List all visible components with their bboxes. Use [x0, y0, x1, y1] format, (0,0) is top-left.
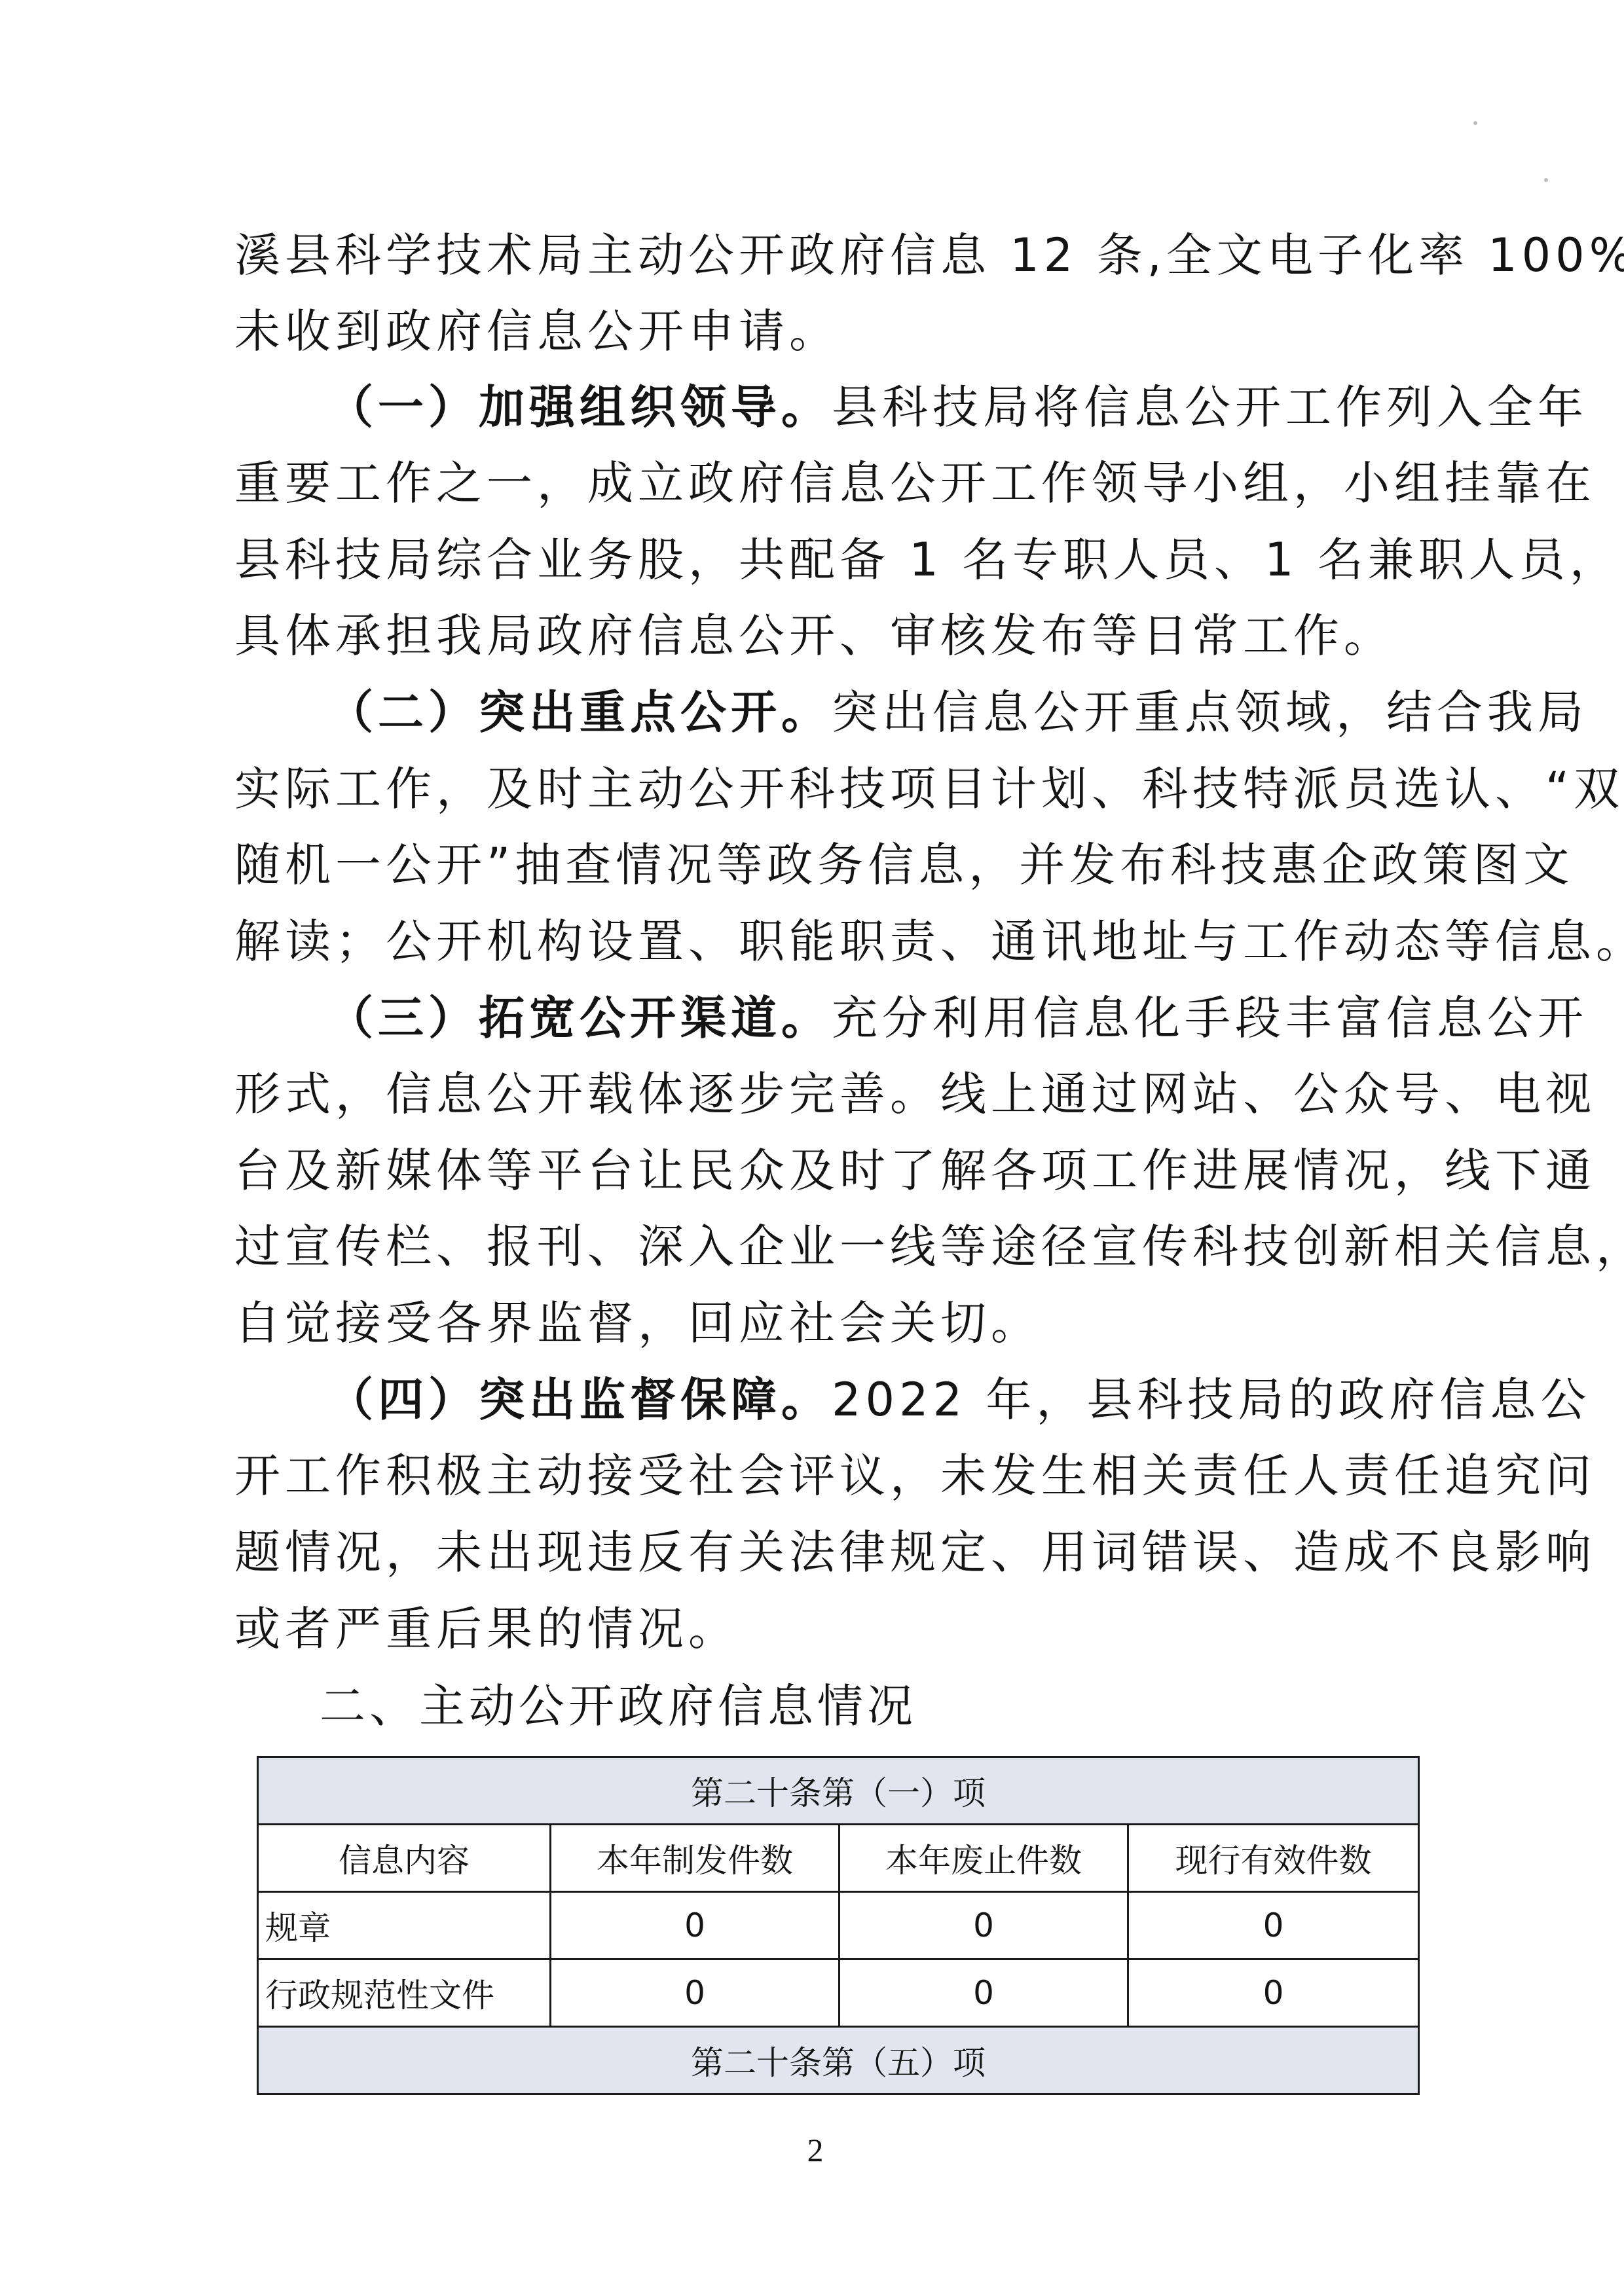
paragraph-3-lead: （三）拓宽公开渠道。	[327, 991, 832, 1045]
body-text: 充分利用信息化手段丰富信息公开	[832, 991, 1588, 1045]
body-line: 重要工作之一，成立政府信息公开工作领导小组，小组挂靠在	[234, 445, 1393, 522]
page-number: 2	[786, 2131, 845, 2169]
body-line: 或者严重后果的情况。	[234, 1591, 1393, 1667]
scan-speck	[1473, 121, 1477, 125]
cell-value: 0	[840, 1892, 1128, 1959]
row-label: 行政规范性文件	[258, 1959, 551, 2027]
section-1-title: 第二十条第（一）项	[258, 1757, 1419, 1825]
body-text: 2022 年，县科技局的政府信息公	[832, 1373, 1591, 1427]
body-line: 溪县科学技术局主动公开政府信息 12 条,全文电子化率 100%,	[234, 217, 1393, 294]
cell-value: 0	[1128, 1892, 1419, 1959]
scan-speck	[1544, 178, 1548, 182]
paragraph-1-first-line: （一）加强组织领导。县科技局将信息公开工作列入全年	[327, 369, 1393, 446]
row-label: 规章	[258, 1892, 551, 1959]
table-row: 规章 0 0 0	[258, 1892, 1419, 1959]
body-line: 题情况，未出现违反有关法律规定、用词错误、造成不良影响	[234, 1514, 1393, 1591]
column-header: 本年制发件数	[551, 1825, 840, 1892]
document-page: 溪县科学技术局主动公开政府信息 12 条,全文电子化率 100%, 未收到政府信…	[0, 0, 1624, 2296]
body-line: 未收到政府信息公开申请。	[234, 293, 1393, 370]
body-line: 过宣传栏、报刊、深入企业一线等途径宣传科技创新相关信息，	[234, 1209, 1393, 1285]
body-line: 自觉接受各界监督，回应社会关切。	[234, 1285, 1393, 1362]
column-header: 本年废止件数	[840, 1825, 1128, 1892]
body-line: 解读；公开机构设置、职能职责、通讯地址与工作动态等信息。	[234, 903, 1393, 980]
body-line: 随机一公开”抽查情况等政务信息，并发布科技惠企政策图文	[234, 827, 1393, 903]
cell-value: 0	[551, 1959, 840, 2027]
paragraph-4-first-line: （四）突出监督保障。2022 年，县科技局的政府信息公	[327, 1362, 1393, 1438]
cell-value: 0	[1128, 1959, 1419, 2027]
section-5-title: 第二十条第（五）项	[258, 2027, 1419, 2094]
table-section-row: 第二十条第（一）项	[258, 1757, 1419, 1825]
paragraph-2-lead: （二）突出重点公开。	[327, 685, 832, 739]
body-text: 县科技局将信息公开工作列入全年	[832, 380, 1588, 434]
body-line: 县科技局综合业务股，共配备 1 名专职人员、1 名兼职人员，	[234, 522, 1393, 598]
section-heading: 二、主动公开政府信息情况	[320, 1668, 917, 1745]
table-row: 行政规范性文件 0 0 0	[258, 1959, 1419, 2027]
body-line: 实际工作，及时主动公开科技项目计划、科技特派员选认、“双	[234, 751, 1393, 828]
body-line: 开工作积极主动接受社会评议，未发生相关责任人责任追究问	[234, 1438, 1393, 1514]
body-line: 台及新媒体等平台让民众及时了解各项工作进展情况，线下通	[234, 1133, 1393, 1209]
paragraph-4-lead: （四）突出监督保障。	[327, 1373, 832, 1427]
body-line: 具体承担我局政府信息公开、审核发布等日常工作。	[234, 598, 1393, 674]
column-header: 现行有效件数	[1128, 1825, 1419, 1892]
table-section-row: 第二十条第（五）项	[258, 2027, 1419, 2094]
table-header-row: 信息内容 本年制发件数 本年废止件数 现行有效件数	[258, 1825, 1419, 1892]
body-text: 突出信息公开重点领域，结合我局	[832, 685, 1588, 739]
paragraph-1-lead: （一）加强组织领导。	[327, 380, 832, 434]
body-line: 形式，信息公开载体逐步完善。线上通过网站、公众号、电视	[234, 1056, 1393, 1133]
paragraph-3-first-line: （三）拓宽公开渠道。充分利用信息化手段丰富信息公开	[327, 980, 1393, 1057]
paragraph-2-first-line: （二）突出重点公开。突出信息公开重点领域，结合我局	[327, 674, 1393, 751]
column-header: 信息内容	[258, 1825, 551, 1892]
cell-value: 0	[551, 1892, 840, 1959]
cell-value: 0	[840, 1959, 1128, 2027]
info-disclosure-table: 第二十条第（一）项 信息内容 本年制发件数 本年废止件数 现行有效件数 规章 0…	[257, 1756, 1420, 2095]
